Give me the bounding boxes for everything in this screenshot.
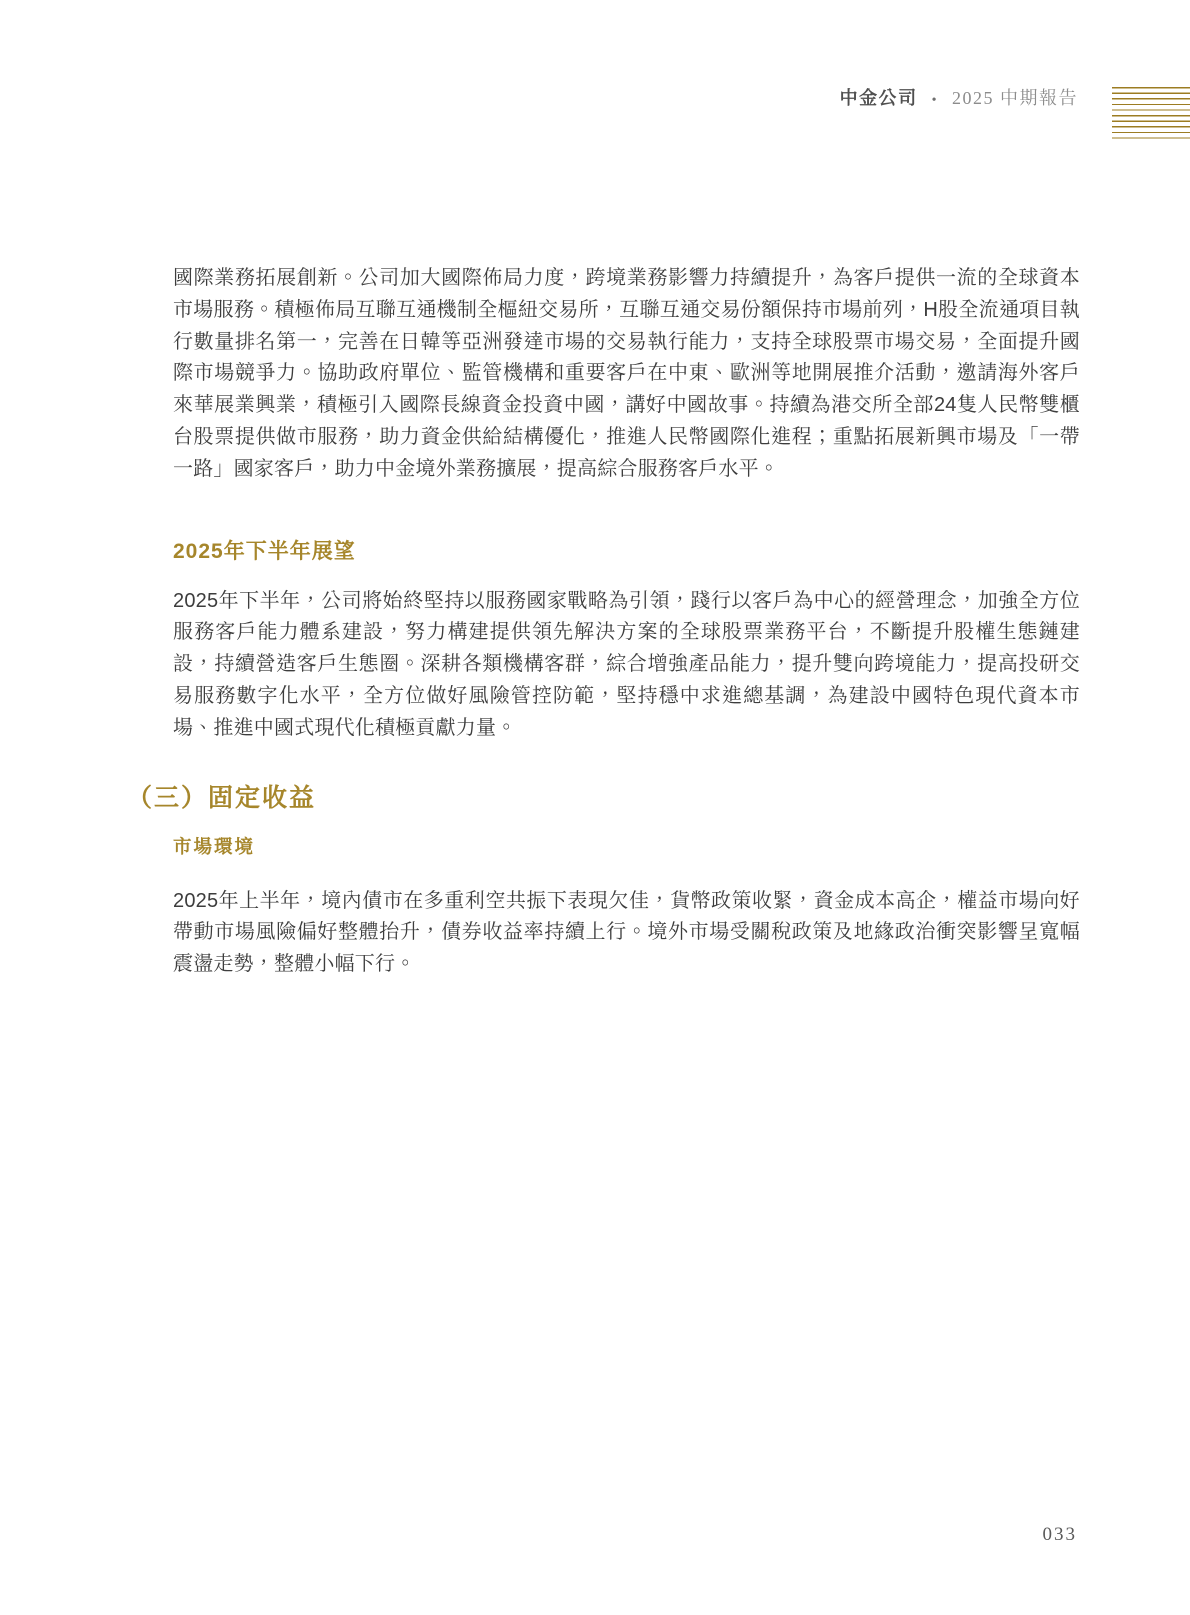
company-name: 中金公司 — [840, 84, 918, 110]
page-number: 033 — [1043, 1524, 1078, 1546]
report-title: 2025 中期報告 — [952, 84, 1078, 110]
paragraph-market-environment: 2025年上半年，境內債市在多重利空共振下表現欠佳，貨幣政策收緊，資金成本高企，… — [173, 886, 1080, 981]
report-page: 中金公司 • 2025 中期報告 國際業務拓展創新。公司加大國際佈局力度，跨境業… — [0, 0, 1190, 1615]
page-header: 中金公司 • 2025 中期報告 — [840, 84, 1078, 110]
heading-market-environment: 市場環境 — [173, 833, 1080, 859]
heading-section-fixed-income: （三）固定收益 — [127, 778, 1080, 814]
gold-lines-decoration — [1112, 87, 1190, 139]
header-separator-dot: • — [932, 93, 938, 109]
main-content: 國際業務拓展創新。公司加大國際佈局力度，跨境業務影響力持續提升，為客戶提供一流的… — [173, 263, 1080, 981]
paragraph-outlook: 2025年下半年，公司將始終堅持以服務國家戰略為引領，踐行以客戶為中心的經營理念… — [173, 586, 1080, 745]
paragraph-international-business: 國際業務拓展創新。公司加大國際佈局力度，跨境業務影響力持續提升，為客戶提供一流的… — [173, 263, 1080, 486]
heading-2025-second-half-outlook: 2025年下半年展望 — [173, 535, 1080, 565]
